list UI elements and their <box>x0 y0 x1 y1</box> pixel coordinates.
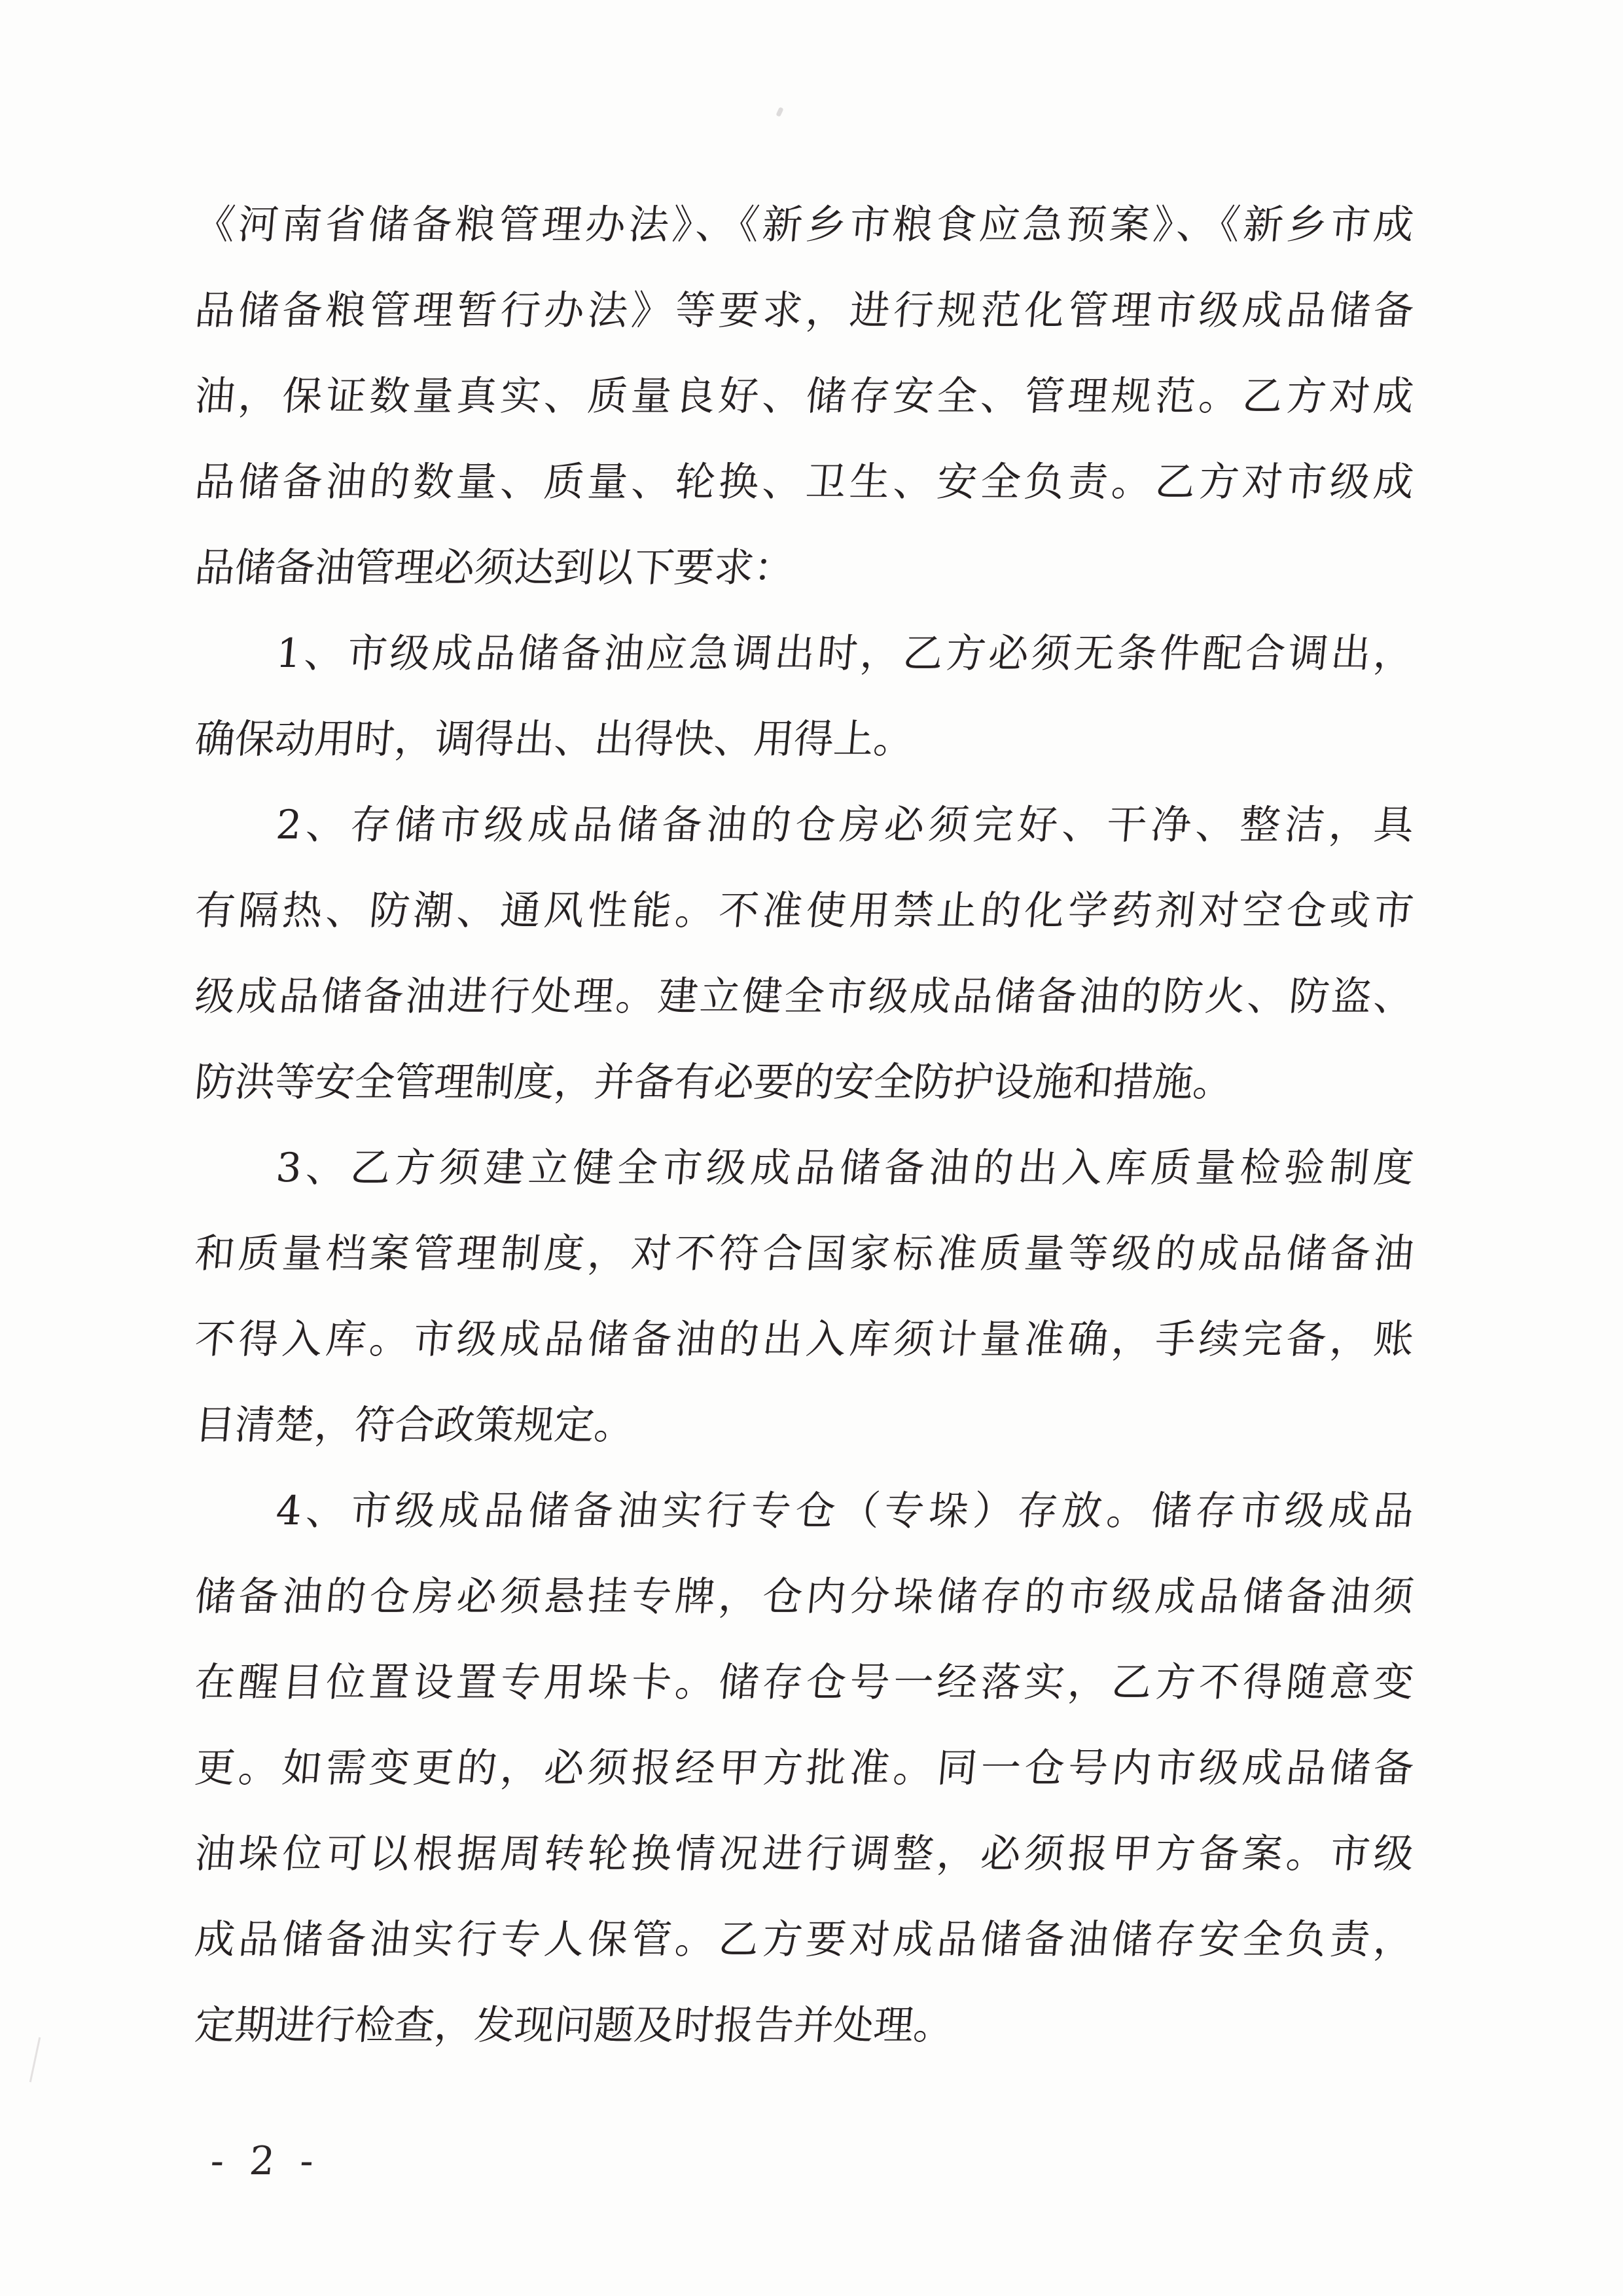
text-line: 级成品储备油进行处理。建立健全市级成品储备油的防火、防盗、 <box>191 954 1417 1039</box>
text-line: 2、存储市级成品储备油的仓房必须完好、干净、整洁，具 <box>191 782 1417 868</box>
text-line: 在醒目位置设置专用垛卡。储存仓号一经落实，乙方不得随意变 <box>191 1640 1417 1725</box>
text-line: 目清楚，符合政策规定。 <box>191 1382 1417 1468</box>
document-body: 《河南省储备粮管理办法》、《新乡市粮食应急预案》、《新乡市成品储备粮管理暂行办法… <box>195 182 1414 2068</box>
text-line: 品储备粮管理暂行办法》等要求，进行规范化管理市级成品储备 <box>191 268 1417 353</box>
text-line: 有隔热、防潮、通风性能。不准使用禁止的化学药剂对空仓或市 <box>191 868 1417 954</box>
text-line: 油垛位可以根据周转轮换情况进行调整，必须报甲方备案。市级 <box>191 1811 1417 1897</box>
scan-artifact-icon <box>29 2037 41 2082</box>
text-line: 防洪等安全管理制度，并备有必要的安全防护设施和措施。 <box>191 1039 1417 1125</box>
text-line: 《河南省储备粮管理办法》、《新乡市粮食应急预案》、《新乡市成 <box>191 182 1417 268</box>
text-line: 品储备油的数量、质量、轮换、卫生、安全负责。乙方对市级成 <box>191 439 1417 525</box>
text-line: 和质量档案管理制度，对不符合国家标准质量等级的成品储备油 <box>191 1211 1417 1297</box>
text-line: 定期进行检查，发现问题及时报告并处理。 <box>191 1982 1417 2068</box>
scan-artifact-icon <box>776 107 783 117</box>
page-number: - 2 - <box>208 2128 323 2194</box>
text-line: 3、乙方须建立健全市级成品储备油的出入库质量检验制度 <box>191 1125 1417 1211</box>
text-line: 1、市级成品储备油应急调出时，乙方必须无条件配合调出， <box>191 611 1417 696</box>
document-page: 《河南省储备粮管理办法》、《新乡市粮食应急预案》、《新乡市成品储备粮管理暂行办法… <box>0 0 1623 2296</box>
text-line: 品储备油管理必须达到以下要求： <box>191 525 1417 611</box>
text-line: 成品储备油实行专人保管。乙方要对成品储备油储存安全负责， <box>191 1897 1417 1982</box>
text-line: 油，保证数量真实、质量良好、储存安全、管理规范。乙方对成 <box>191 353 1417 439</box>
text-line: 确保动用时，调得出、出得快、用得上。 <box>191 696 1417 782</box>
text-line: 储备油的仓房必须悬挂专牌，仓内分垛储存的市级成品储备油须 <box>191 1554 1417 1640</box>
text-line: 更。如需变更的，必须报经甲方批准。同一仓号内市级成品储备 <box>191 1725 1417 1811</box>
text-line: 4、市级成品储备油实行专仓（专垛）存放。储存市级成品 <box>191 1468 1417 1554</box>
text-line: 不得入库。市级成品储备油的出入库须计量准确，手续完备，账 <box>191 1297 1417 1382</box>
